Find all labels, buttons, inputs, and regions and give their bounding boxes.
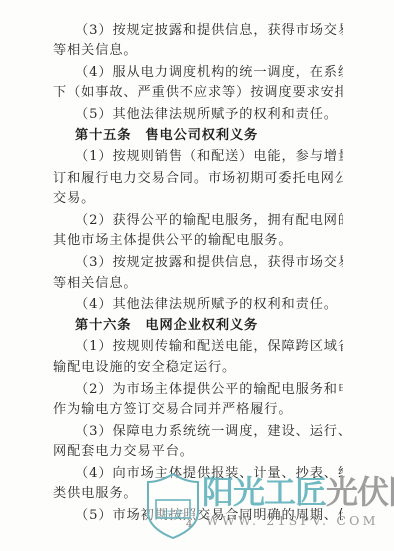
text-line: 等相关信息。	[53, 41, 343, 61]
text-line: （4）其他法律法规所赋予的权利和责任。	[75, 295, 343, 315]
text-line: 下（如事故、严重供不应求等）按调度要求安排用电。	[53, 83, 343, 103]
text-line: （5）其他法律法规所赋予的权利和责任。	[75, 105, 343, 125]
text-line: （2）为市场主体提供公平的输配电服务和电网接入服务，	[75, 380, 343, 400]
text-line: （5）市场初期按照交易合同明确的周期、价格、规定	[75, 506, 343, 526]
text-line: 交易。	[53, 189, 343, 209]
text-line: （4）服从电力调度机构的统一调度，在系统特殊运行状况	[75, 63, 343, 83]
text-line: 其他市场主体提供公平的输配电服务。	[53, 231, 343, 251]
section-heading: 第十六条 电网企业权利义务	[75, 316, 343, 336]
text-line: 输配电设施的安全稳定运行。	[53, 358, 343, 378]
document-page: （3）按规定披露和提供信息，获得市场交易和输配电服务等相关信息。（4）服从电力调…	[0, 0, 394, 551]
text-line: 网配套电力交易平台。	[53, 442, 343, 462]
text-line: （4）向市场主体提供报装、计量、抄表、维修、收费等各	[75, 464, 343, 484]
text-line: （2）获得公平的输配电服务，拥有配电网的售电公司应向	[75, 211, 343, 231]
text-line: 作为输电方签订交易合同并严格履行。	[53, 400, 343, 420]
text-line: 类供电服务。	[53, 484, 343, 504]
text-line: （3）按规定披露和提供信息，获得市场交易和输配电服务	[75, 253, 343, 273]
text-line: （3）按规定披露和提供信息，获得市场交易和输配电服务	[75, 21, 343, 41]
text-line: 等相关信息。	[53, 274, 343, 294]
text-line: （1）按规则销售（和配送）电能，参与增量现货交易，签	[75, 147, 343, 167]
section-heading: 第十五条 售电公司权利义务	[75, 126, 343, 146]
text-line: （3）保障电力系统统一调度，建设、运行、维护和管理电	[75, 422, 343, 442]
text-line: （1）按规则传输和配送电能，保障跨区域省间输电通道等	[75, 337, 343, 357]
page-number: 4	[186, 519, 192, 530]
text-line: 订和履行电力交易合同。市场初期可委托电网公司参与增量现货	[53, 169, 343, 189]
